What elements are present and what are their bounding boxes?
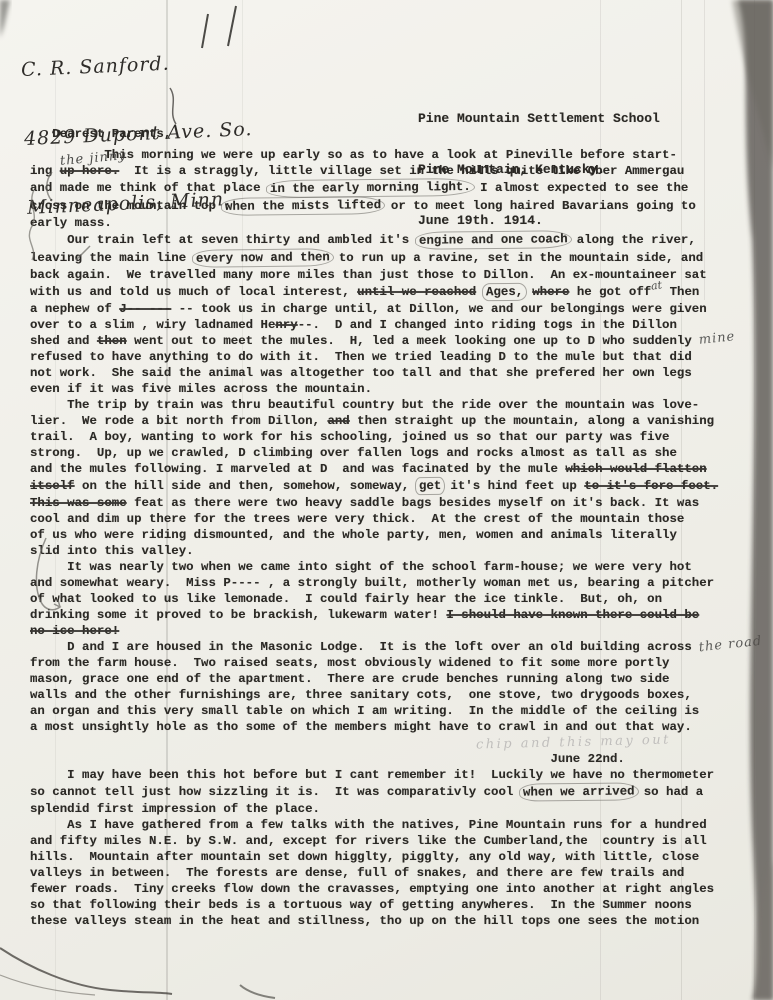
text-segment: -- took us in charge until, at Dillon, w… <box>171 302 706 316</box>
text-segment: drinking some it proved to be brackish, … <box>30 608 446 622</box>
text-segment: This morning we were up early so as to h… <box>30 148 677 162</box>
typed-line: walls and the other furnishings are, thr… <box>30 687 746 703</box>
paragraph: D and I are housed in the Masonic Lodge.… <box>30 639 746 735</box>
paragraph: Dearest Parents, <box>30 126 746 142</box>
text-segment: a nephew of <box>30 302 119 316</box>
text-segment: early mass. <box>30 216 112 230</box>
text-segment: hills. Mountain after mountain set down … <box>30 850 699 864</box>
annotated-text-ci: every now and then <box>192 248 334 267</box>
text-segment: back again. We travelled many more miles… <box>30 268 707 282</box>
text-segment: of us who were riding dismounted, and th… <box>30 528 677 542</box>
typed-line: shed and then went out to meet the mules… <box>30 333 746 349</box>
paragraph: It was nearly two when we came into sigh… <box>30 559 746 639</box>
typed-line: so cannot tell just how sizzling it is. … <box>30 783 746 801</box>
annotated-text-st: to it's fore feet. <box>584 479 718 493</box>
text-segment: As I have gathered from a few talks with… <box>30 818 707 832</box>
annotated-text-st: no ice here! <box>30 624 119 638</box>
letter-body: Dearest Parents, This morning we were up… <box>30 126 746 929</box>
text-segment: walls and the other furnishings are, thr… <box>30 688 692 702</box>
typed-line: hills. Mountain after mountain set down … <box>30 849 746 865</box>
scanned-letter-page: C. R. Sanford. 4829 Dupont Ave. So. Minn… <box>0 0 773 1000</box>
text-segment: It is a straggly, little village set in … <box>119 164 684 178</box>
paragraph: June 22nd. <box>30 751 746 767</box>
annotated-text-st: nry <box>275 318 297 332</box>
annotated-text-st: then <box>97 334 127 348</box>
text-segment <box>30 736 476 750</box>
paragraph: This morning we were up early so as to h… <box>30 147 746 231</box>
typed-line: a nephew of J-- --- -- took us in charge… <box>30 301 746 317</box>
text-segment: shed and <box>30 334 97 348</box>
text-segment: Dearest Parents, <box>30 127 171 141</box>
typed-line: an organ and this very small table on wh… <box>30 703 746 719</box>
top-left-speck <box>0 0 10 38</box>
text-segment: of what looked to us like lemonade. I co… <box>30 592 662 606</box>
typed-line: so that following their beds is a tortuo… <box>30 897 746 913</box>
text-segment: The trip by train was thru beautiful cou… <box>30 398 699 412</box>
typed-line: and fifty miles N.E. by S.W. and, except… <box>30 833 746 849</box>
text-segment: he got off <box>569 285 651 299</box>
typed-line: cool and dim up there for the trees were… <box>30 511 746 527</box>
typed-line: Our train left at seven thirty and amble… <box>30 231 746 249</box>
typed-line: and somewhat weary. Miss P---- , a stron… <box>30 575 746 591</box>
text-segment: and the mules following. I marveled at D… <box>30 462 565 476</box>
paragraph: I may have been this hot before but I ca… <box>30 767 746 817</box>
annotated-text-ci: in the early morning light. <box>266 178 475 198</box>
annotated-text-st: and <box>327 414 349 428</box>
annotated-text-ci: engine and one coach <box>415 230 572 250</box>
text-segment: these valleys steam in the heat and stil… <box>30 914 699 928</box>
typed-line: strong. Up, up we crawled, D climbing ov… <box>30 445 746 461</box>
typed-line: lier. We rode a bit north from Dillon, a… <box>30 413 746 429</box>
text-segment: refused to have anything to do with it. … <box>30 350 692 364</box>
typed-line: leaving the main line every now and then… <box>30 249 746 267</box>
text-segment: mason, grace one end of the apartment. T… <box>30 672 669 686</box>
typed-line: This morning we were up early so as to h… <box>30 147 746 163</box>
text-segment: splendid first impression of the place. <box>30 802 320 816</box>
annotated-text-ci: when we arrived <box>519 782 639 801</box>
bottom-fold-knot <box>240 985 275 998</box>
text-segment: It was nearly two when we came into sigh… <box>30 560 692 574</box>
typed-line: no ice here! <box>30 623 746 639</box>
text-segment: fewer roads. Tiny creeks flow down the c… <box>30 882 714 896</box>
typed-line: and the mules following. I marveled at D… <box>30 461 746 477</box>
typed-line: slid into this valley. <box>30 543 746 559</box>
text-segment: valleys in between. The forests are dens… <box>30 866 684 880</box>
typed-line: not work. She said the animal was altoge… <box>30 365 746 381</box>
text-segment: and made me think of that place <box>30 181 268 195</box>
text-segment: cool and dim up there for the trees were… <box>30 512 684 526</box>
text-segment: even if it was five miles across the mou… <box>30 382 372 396</box>
fold-crease <box>754 0 755 1000</box>
paragraph: As I have gathered from a few talks with… <box>30 817 746 929</box>
text-segment: Our train left at seven thirty and amble… <box>30 233 417 247</box>
text-segment: and somewhat weary. Miss P---- , a stron… <box>30 576 714 590</box>
typed-line: these valleys steam in the heat and stil… <box>30 913 746 929</box>
typed-line: drinking some it proved to be brackish, … <box>30 607 746 623</box>
annotated-text-st: J-- --- <box>119 302 171 316</box>
typed-line: This was some feat as there were two hea… <box>30 495 746 511</box>
typed-line: splendid first impression of the place. <box>30 801 746 817</box>
text-segment: I almost expected to see the <box>473 181 689 195</box>
typed-line: valleys in between. The forests are dens… <box>30 865 746 881</box>
paragraph: Our train left at seven thirty and amble… <box>30 231 746 397</box>
typed-line: cross on the mountain top when the mists… <box>30 197 746 215</box>
annotated-text-st: until we reached <box>357 285 476 299</box>
paragraph: chip and this may out <box>30 735 746 751</box>
letterhead-school: Pine Mountain Settlement School <box>418 110 660 127</box>
typed-line: chip and this may out <box>30 735 746 751</box>
typed-line: of what looked to us like lemonade. I co… <box>30 591 746 607</box>
text-segment: not work. She said the animal was altoge… <box>30 366 692 380</box>
typed-line: Dearest Parents, <box>30 126 746 142</box>
text-segment: trail. A boy, wanting to work for his sc… <box>30 430 669 444</box>
typed-line: back again. We travelled many more miles… <box>30 267 746 283</box>
text-segment: went out to meet the mules. H, led a mee… <box>127 334 700 348</box>
text-segment: from the farm house. Two raised seats, m… <box>30 656 669 670</box>
annotated-text-ci: Ages, <box>482 283 527 301</box>
typed-line: The trip by train was thru beautiful cou… <box>30 397 746 413</box>
text-segment: it's hind feet up <box>443 479 584 493</box>
text-segment: lier. We rode a bit north from Dillon, <box>30 414 327 428</box>
typed-line: As I have gathered from a few talks with… <box>30 817 746 833</box>
annotated-text-st: where <box>532 285 569 299</box>
typed-line: fewer roads. Tiny creeks flow down the c… <box>30 881 746 897</box>
annotated-text-ci: when the mists lifted <box>221 196 385 216</box>
text-segment: over to a slim , wiry ladnamed He <box>30 318 275 332</box>
text-segment: so that following their beds is a tortuo… <box>30 898 692 912</box>
text-segment: so cannot tell just how sizzling it is. … <box>30 785 521 799</box>
typed-line: even if it was five miles across the mou… <box>30 381 746 397</box>
typed-line: mason, grace one end of the apartment. T… <box>30 671 746 687</box>
text-segment: feat as there were two heavy saddle bags… <box>127 496 700 510</box>
typed-line: June 22nd. <box>30 751 746 767</box>
annotated-text-sup: at <box>650 277 663 294</box>
annotated-text-st: itself <box>30 479 75 493</box>
sender-name: C. R. Sanford. <box>21 49 250 82</box>
typed-line: and made me think of that place in the e… <box>30 179 746 197</box>
typed-line: itself on the hill side and then, someho… <box>30 477 746 495</box>
text-segment: Then <box>662 285 699 299</box>
typed-line: ing the jinnyup here. It is a straggly, … <box>30 163 746 179</box>
typed-line: trail. A boy, wanting to work for his sc… <box>30 429 746 445</box>
torn-right-bottom <box>755 860 773 1000</box>
text-segment: then straight up the mountain, along a v… <box>350 414 714 428</box>
annotated-text-ci: get <box>415 477 445 495</box>
text-segment: slid into this valley. <box>30 544 194 558</box>
annotated-text-st: This was some <box>30 496 127 510</box>
typed-line: over to a slim , wiry ladnamed Henry--. … <box>30 317 746 333</box>
text-segment: to run up a ravine, set in the mountain … <box>331 251 703 265</box>
text-segment: or to meet long haired Bavarians going t… <box>383 199 695 213</box>
text-segment: ing <box>30 164 60 178</box>
paragraph: The trip by train was thru beautiful cou… <box>30 397 746 559</box>
text-segment: strong. Up, up we crawled, D climbing ov… <box>30 446 677 460</box>
text-segment: on the hill side and then, somehow, some… <box>75 479 417 493</box>
typed-line: of us who were riding dismounted, and th… <box>30 527 746 543</box>
typed-line: D and I are housed in the Masonic Lodge.… <box>30 639 746 655</box>
typed-line: with us and told us much of local intere… <box>30 283 746 301</box>
bottom-left-crease <box>0 948 172 994</box>
typed-line: early mass. <box>30 215 746 231</box>
annotated-text-hd: mine <box>698 329 736 349</box>
typed-line: from the farm house. Two raised seats, m… <box>30 655 746 671</box>
text-segment: cross on the mountain top <box>30 199 223 213</box>
text-segment: along the river, <box>569 233 695 247</box>
text-segment: I may have been this hot before but I ca… <box>30 768 714 782</box>
annotated-text-st: I should have known there could be <box>446 608 699 622</box>
typed-line: I may have been this hot before but I ca… <box>30 767 746 783</box>
text-segment: --. D and I changed into riding togs in … <box>298 318 677 332</box>
typed-line: refused to have anything to do with it. … <box>30 349 746 365</box>
text-segment: June 22nd. <box>30 752 625 766</box>
text-segment: and fifty miles N.E. by S.W. and, except… <box>30 834 707 848</box>
annotated-text-st: which would flatten <box>565 462 706 476</box>
typed-line: It was nearly two when we came into sigh… <box>30 559 746 575</box>
text-segment: with us and told us much of local intere… <box>30 285 357 299</box>
text-segment: a most unsightly hole as tho some of the… <box>30 720 692 734</box>
bottom-left-crease-2 <box>0 975 95 995</box>
text-segment: so had a <box>636 785 703 799</box>
text-segment: leaving the main line <box>30 251 194 265</box>
text-segment: an organ and this very small table on wh… <box>30 704 699 718</box>
text-segment: D and I are housed in the Masonic Lodge.… <box>30 640 699 654</box>
